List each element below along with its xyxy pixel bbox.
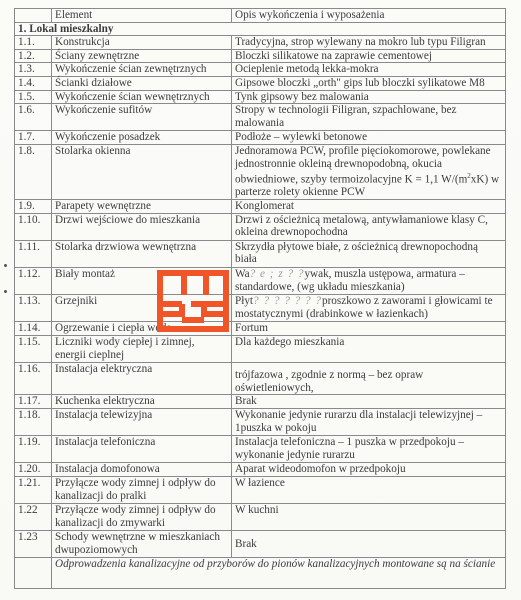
row-description: Drzwi z ościeżnicą metalową, antywłamani…	[232, 213, 506, 240]
row-element: Konstrukcja	[52, 36, 232, 50]
table-row: 1.17.Kuchenka elektrycznaBrak	[15, 395, 506, 409]
table-row: 1.8.Stolarka okiennaJednoramowa PCW, pro…	[15, 144, 506, 199]
row-description: Bloczki silikatowe na zaprawie cementowe…	[232, 49, 506, 63]
table-row: 1.9.Parapety wewnętrzneKonglomerat	[15, 200, 506, 214]
row-number: 1.18.	[15, 408, 52, 435]
table-row: 1.19.Instalacja telefonicznaInstalacja t…	[15, 436, 506, 463]
row-element: Stolarka drzwiowa wewnętrzna	[52, 240, 232, 267]
row-description: Skrzydła płytowe białe, z ościeżnicą dre…	[232, 240, 506, 267]
table-header-row: Element Opis wykończenia i wyposażenia	[15, 9, 506, 23]
floorplan-logo-icon	[157, 270, 229, 332]
row-number: 1.10.	[15, 213, 52, 240]
row-description: Instalacja telefoniczna – 1 puszka w prz…	[232, 436, 506, 463]
row-number: 1.21.	[15, 476, 52, 503]
row-description: Wa ? e ; z ? ? ywak, muszla ustępowa, ar…	[232, 268, 506, 295]
footnote-row: Odprowadzenia kanalizacyjne od przyborów…	[15, 558, 506, 589]
table-row: 1.3.Wykończenie ścian zewnętrznychOciepl…	[15, 63, 506, 77]
table-row: 1.16.Instalacja elektrycznatrójfazowa , …	[15, 363, 506, 395]
table-row: 1.21.Przyłącze wody zimnej i odpływ do k…	[15, 476, 506, 503]
row-description: Ocieplenie metodą lekka-mokra	[232, 63, 506, 77]
document-page: Element Opis wykończenia i wyposażenia 1…	[0, 0, 521, 600]
row-number: 1.23	[15, 531, 52, 558]
row-number: 1.5.	[15, 90, 52, 104]
table-row: 1.10.Drzwi wejściowe do mieszkaniaDrzwi …	[15, 213, 506, 240]
table-row: 1.11.Stolarka drzwiowa wewnętrznaSkrzydł…	[15, 240, 506, 267]
table-row: 1.13.GrzejnikiPłyt ? ? ? ? ? ? ? proszko…	[15, 295, 506, 322]
scan-dot-mark	[4, 264, 7, 267]
table-row: 1.15.Liczniki wody ciepłej i zimnej, ene…	[15, 335, 506, 362]
finishing-spec-table: Element Opis wykończenia i wyposażenia 1…	[14, 8, 506, 589]
table-row: 1.14.Ogrzewanie i ciepła wodaFortum	[15, 322, 506, 336]
row-description: Aparat wideodomofon w przedpokoju	[232, 463, 506, 477]
row-element: Instalacja elektryczna	[52, 363, 232, 395]
obscured-text: ? e ; z ? ?	[250, 268, 305, 281]
row-description: Brak	[232, 395, 506, 409]
row-number: 1.4.	[15, 76, 52, 90]
table-body: 1.1.KonstrukcjaTradycyjna, strop wylewan…	[15, 36, 506, 558]
header-num	[15, 9, 52, 23]
footnote-text: Odprowadzenia kanalizacyjne od przyborów…	[52, 558, 506, 589]
row-element: Schody wewnętrzne w mieszkaniach dwupozi…	[52, 531, 232, 558]
superscript: 2	[467, 172, 471, 180]
row-element: Drzwi wejściowe do mieszkania	[52, 213, 232, 240]
row-description: Brak	[232, 531, 506, 558]
row-element: Ściany zewnętrzne	[52, 49, 232, 63]
row-number: 1.14.	[15, 322, 52, 336]
obscured-text: ? ? ? ? ? ? ?	[253, 295, 322, 308]
row-description: Tynk gipsowy bez malowania	[232, 90, 506, 104]
row-description: Płyt ? ? ? ? ? ? ? proszkowo z zaworami …	[232, 295, 506, 322]
section-title: 1. Lokal mieszkalny	[15, 22, 506, 36]
row-description: trójfazowa , zgodnie z normą – bez opraw…	[232, 363, 506, 395]
row-number: 1.20.	[15, 463, 52, 477]
row-element: Liczniki wody ciepłej i zimnej, energii …	[52, 335, 232, 362]
header-description: Opis wykończenia i wyposażenia	[232, 9, 506, 23]
table-row: 1.1.KonstrukcjaTradycyjna, strop wylewan…	[15, 36, 506, 50]
row-number: 1.12.	[15, 268, 52, 295]
row-number: 1.11.	[15, 240, 52, 267]
row-number: 1.16.	[15, 363, 52, 395]
row-number: 1.6.	[15, 104, 52, 131]
row-element: Parapety wewnętrzne	[52, 200, 232, 214]
row-description: Tradycyjna, strop wylewany na mokro lub …	[232, 36, 506, 50]
row-description: Fortum	[232, 322, 506, 336]
row-number: 1.19.	[15, 436, 52, 463]
row-element: Wykończenie posadzek	[52, 131, 232, 145]
row-element: Instalacja telewizyjna	[52, 408, 232, 435]
table-row: 1.4.Ścianki działoweGipsowe bloczki „ort…	[15, 76, 506, 90]
row-number: 1.8.	[15, 144, 52, 199]
row-element: Stolarka okienna	[52, 144, 232, 199]
section-row: 1. Lokal mieszkalny	[15, 22, 506, 36]
row-description: Podłoże – wylewki betonowe	[232, 131, 506, 145]
row-number: 1.13.	[15, 295, 52, 322]
row-element: Instalacja telefoniczna	[52, 436, 232, 463]
row-description: Gipsowe bloczki „orth" gips lub bloczki …	[232, 76, 506, 90]
table-row: 1.18.Instalacja telewizyjnaWykonanie jed…	[15, 408, 506, 435]
row-number: 1.15.	[15, 335, 52, 362]
row-element: Przyłącze wody zimnej i odpływ do kanali…	[52, 476, 232, 503]
table-row: 1.23Schody wewnętrzne w mieszkaniach dwu…	[15, 531, 506, 558]
row-element: Instalacja domofonowa	[52, 463, 232, 477]
row-element: Ścianki działowe	[52, 76, 232, 90]
row-element: Kuchenka elektryczna	[52, 395, 232, 409]
scan-dot-mark	[4, 290, 7, 293]
row-element: Wykończenie ścian wewnętrznych	[52, 90, 232, 104]
footnote-num	[15, 558, 52, 589]
table-row: 1.6.Wykończenie sufitówStropy w technolo…	[15, 104, 506, 131]
row-description: Konglomerat	[232, 200, 506, 214]
row-number: 1.7.	[15, 131, 52, 145]
row-number: 1.9.	[15, 200, 52, 214]
row-description: Jednoramowa PCW, profile pięciokomorowe,…	[232, 144, 506, 199]
table-row: 1.5.Wykończenie ścian wewnętrznychTynk g…	[15, 90, 506, 104]
table-row: 1.20.Instalacja domofonowaAparat wideodo…	[15, 463, 506, 477]
table-row: 1.22Przyłącze wody zimnej i odpływ do ka…	[15, 504, 506, 531]
row-number: 1.17.	[15, 395, 52, 409]
row-number: 1.2.	[15, 49, 52, 63]
row-description: Dla każdego mieszkania	[232, 335, 506, 362]
table-row: 1.2.Ściany zewnętrzneBloczki silikatowe …	[15, 49, 506, 63]
row-element: Przyłącze wody zimnej i odpływ do kanali…	[52, 504, 232, 531]
row-element: Wykończenie ścian zewnętrznych	[52, 63, 232, 77]
row-description: W łazience	[232, 476, 506, 503]
row-element: Wykończenie sufitów	[52, 104, 232, 131]
header-element: Element	[52, 9, 232, 23]
table-row: 1.7.Wykończenie posadzekPodłoże – wylewk…	[15, 131, 506, 145]
row-description: W kuchni	[232, 504, 506, 531]
table-row: 1.12.Biały montażWa ? e ; z ? ? ywak, mu…	[15, 268, 506, 295]
row-description: Wykonanie jedynie rurarzu dla instalacji…	[232, 408, 506, 435]
row-description: Stropy w technologii Filigran, szpachlow…	[232, 104, 506, 131]
row-number: 1.1.	[15, 36, 52, 50]
row-number: 1.3.	[15, 63, 52, 77]
row-number: 1.22	[15, 504, 52, 531]
